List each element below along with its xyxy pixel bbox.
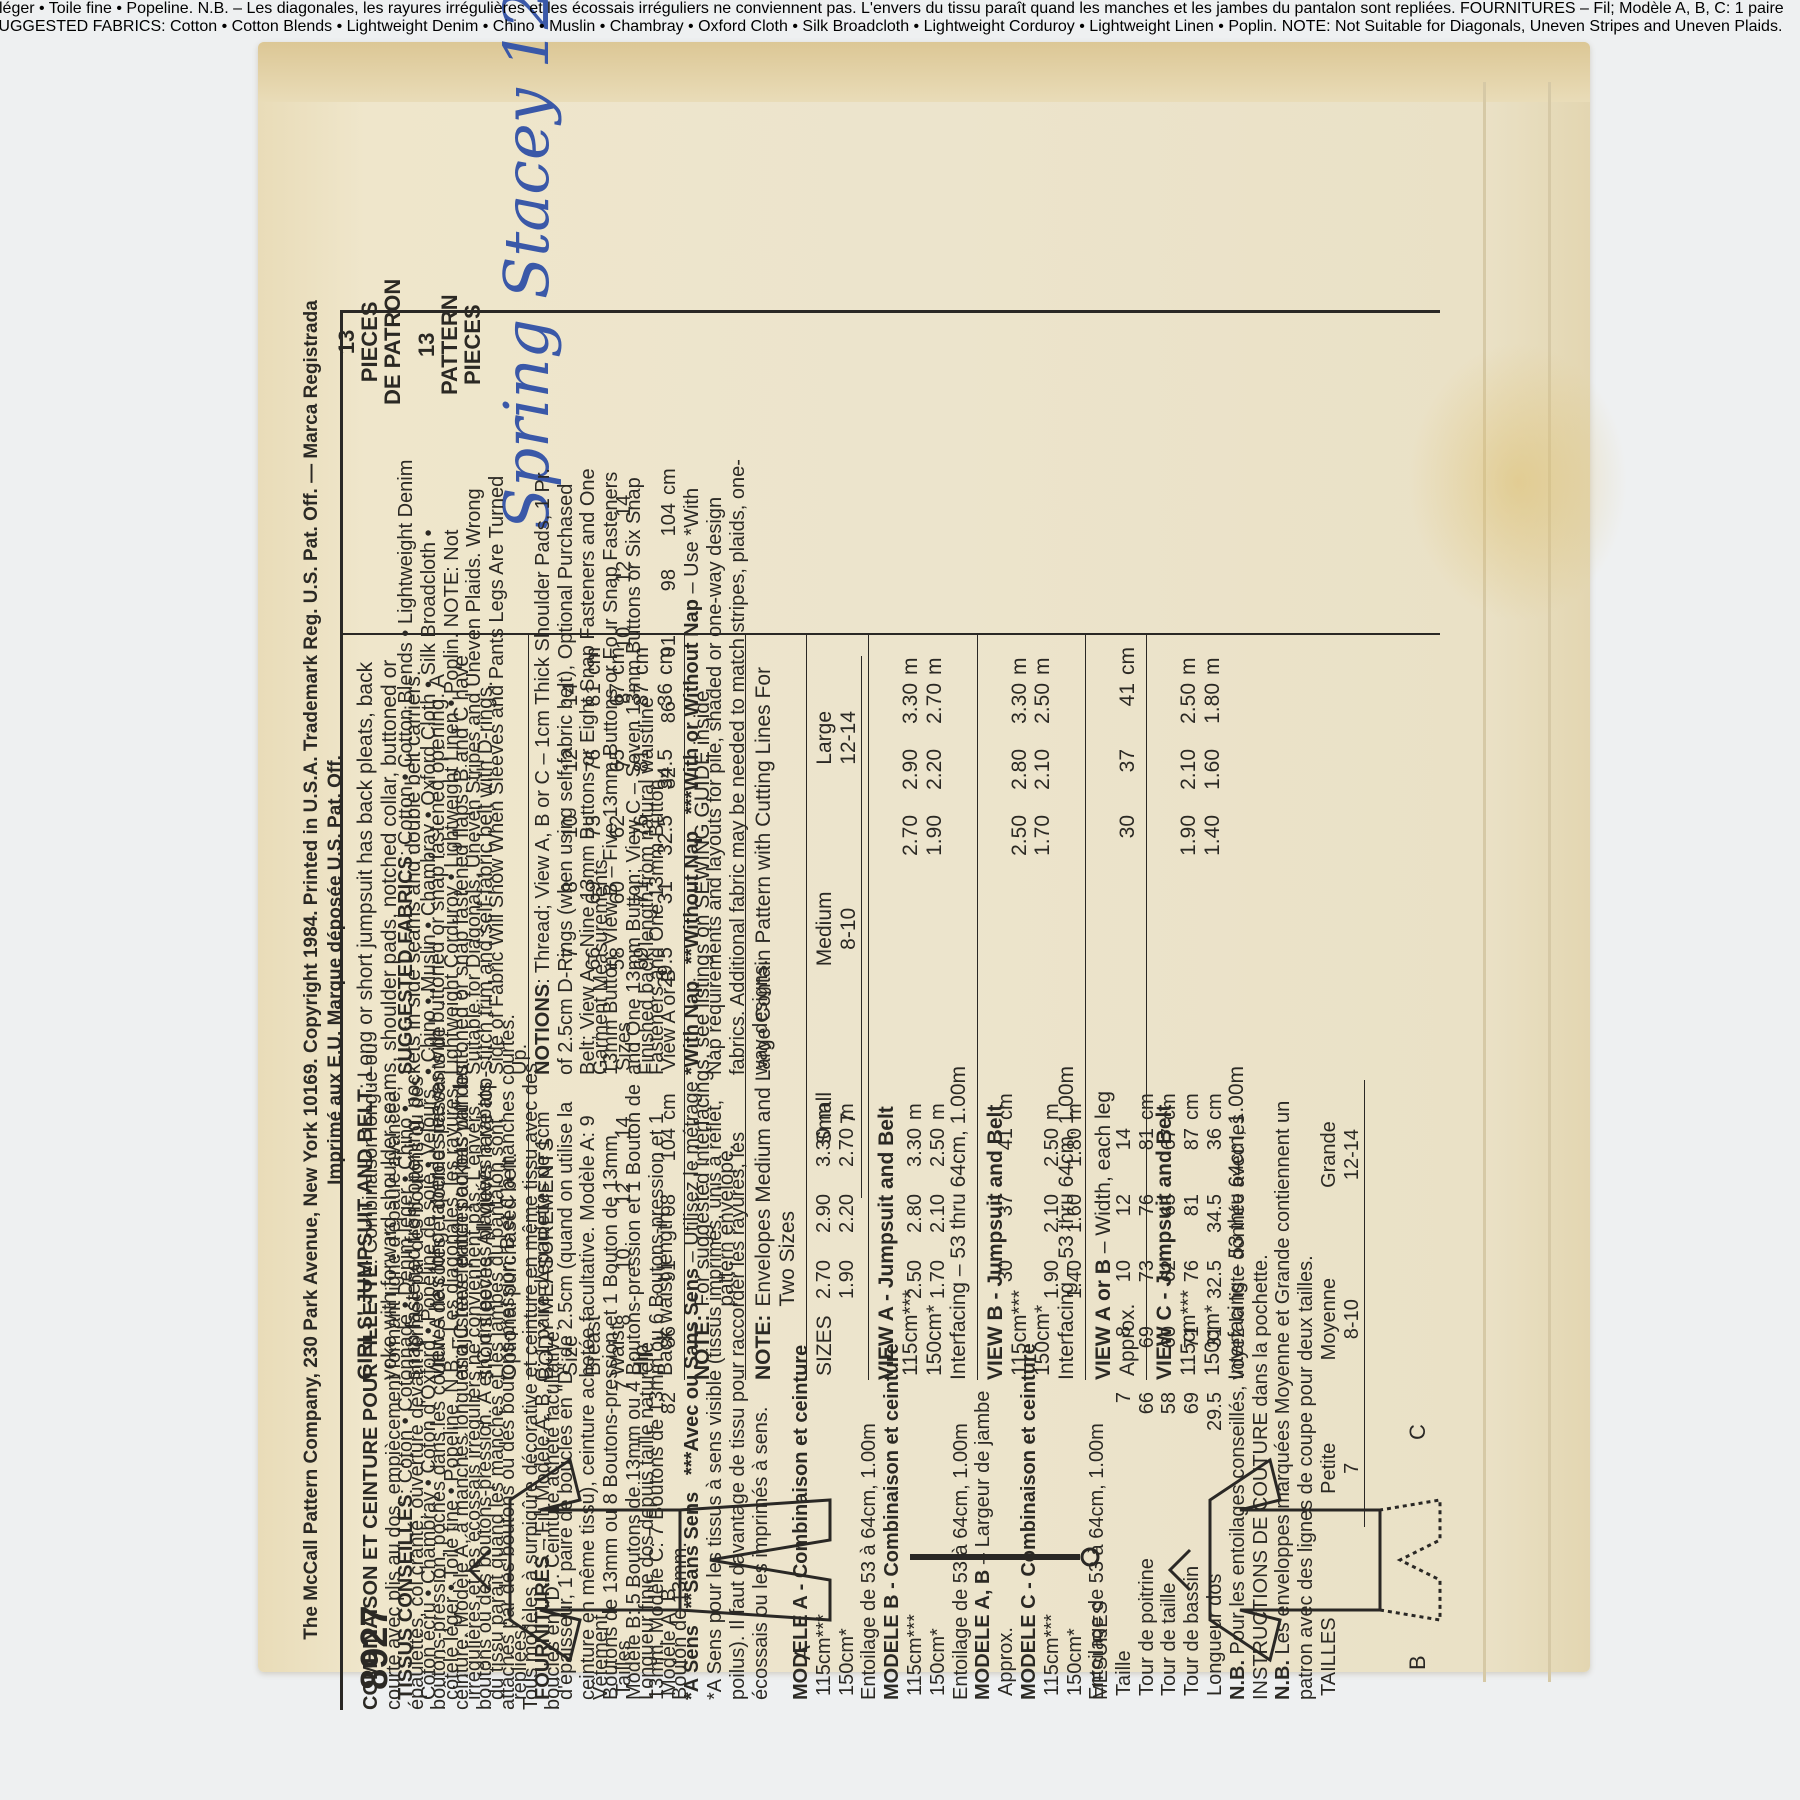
fabrics-fr: TISSUS CONSEILLES: Coton • Cotonnade • D… [395, 1080, 532, 1700]
fabrics-en: SUGGESTED FABRICS: Cotton • Cotton Blend… [395, 455, 532, 1075]
nap-note-en: *With Nap **Without Nap ***With or Witho… [681, 455, 772, 1075]
handwritten-note: Spring Stacey 12 Maternité 10 [490, 0, 563, 530]
garment-measurements-fr: Vêtement Tailles78101214 Longueur finie … [590, 1080, 790, 1700]
svg-text:C: C [1405, 1424, 1430, 1440]
offscreen-data-mirror: MESURES N.B.Pour les entoilages conseill… [0, 0, 1800, 54]
pattern-title-fr: COMBINAISON ET CEINTURE POUR FILLETTE [360, 1264, 382, 1710]
svg-text:B: B [1405, 1655, 1430, 1670]
nap-note-fr: *A Sens **Sans Sens ***Avec ou Sans Sens… [681, 1080, 772, 1700]
copyright-footer: The McCall Pattern Company, 230 Park Ave… [300, 280, 348, 1660]
pattern-pieces-en: 13PATTERNPIECES [415, 294, 484, 395]
french-measurements: MESURES Taille78101214 Tour de poitrine6… [1090, 1080, 1390, 1700]
garment-measurements-en: Garment Measurements Sizes78101214 Finis… [590, 455, 790, 1075]
